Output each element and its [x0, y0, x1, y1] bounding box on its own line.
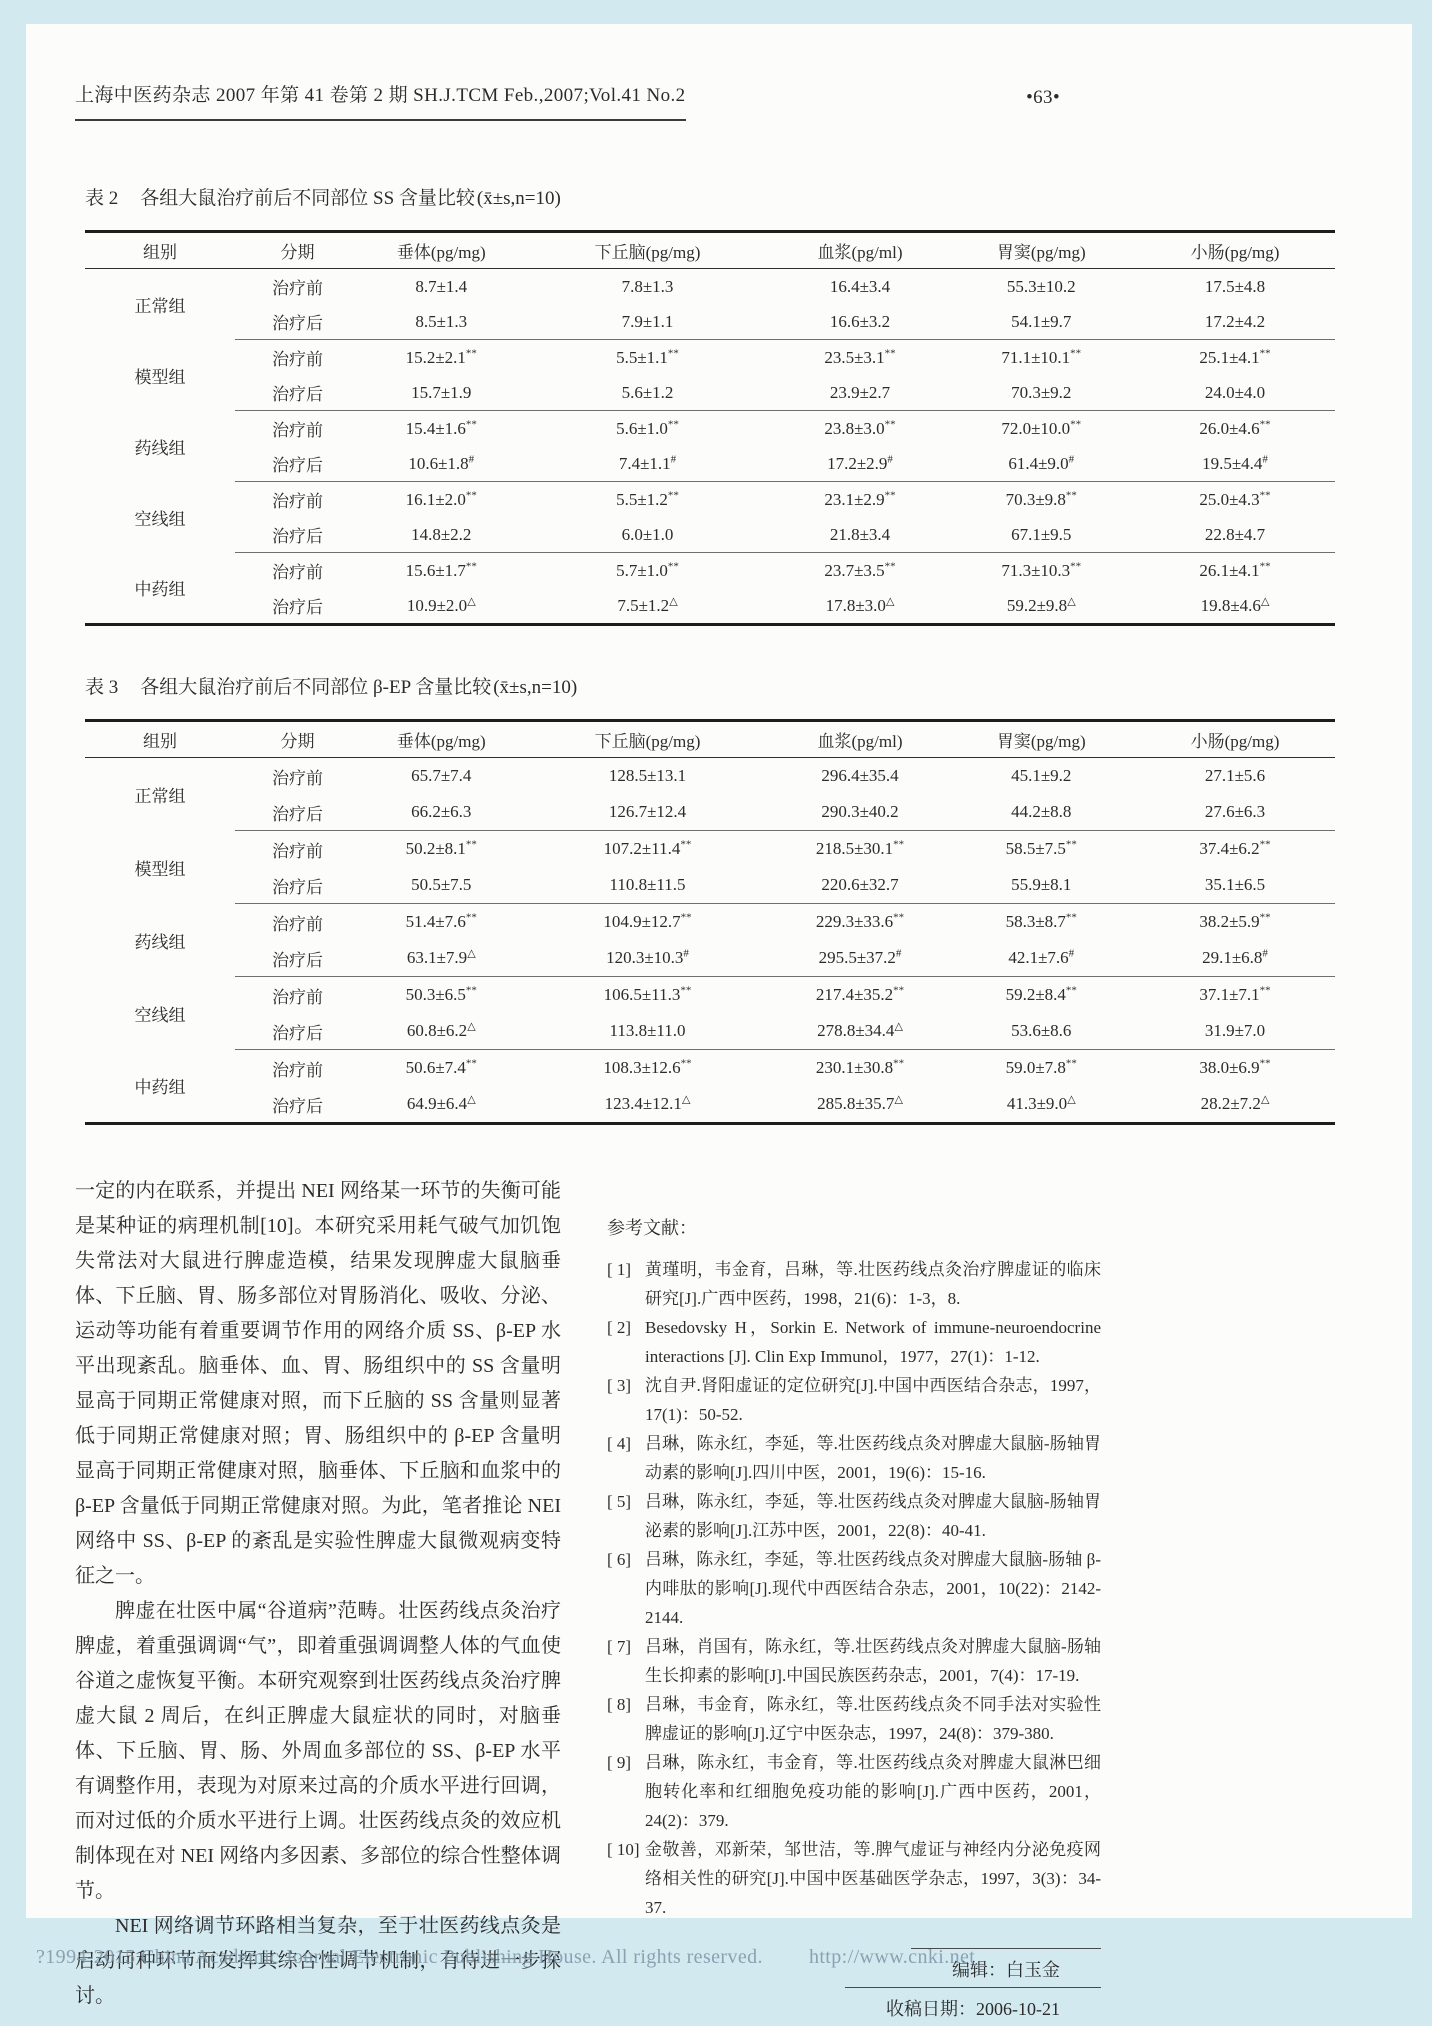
significance-mark: △	[467, 947, 475, 959]
significance-mark: △	[682, 1093, 690, 1105]
significance-mark: △	[669, 595, 677, 607]
value-cell: 72.0±10.0**	[948, 411, 1136, 447]
column-header: 小肠(pg/mg)	[1135, 232, 1335, 269]
value-cell: 5.6±1.0**	[523, 411, 773, 447]
value-cell: 295.5±37.2#	[773, 940, 948, 977]
phase-cell: 治疗后	[235, 446, 360, 482]
group-name-cell: 正常组	[85, 269, 235, 340]
phase-cell: 治疗后	[235, 794, 360, 831]
table-row: 药线组治疗前15.4±1.6**5.6±1.0**23.8±3.0**72.0±…	[85, 411, 1335, 447]
significance-mark: **	[466, 1057, 477, 1069]
group-name-cell: 模型组	[85, 831, 235, 904]
value-cell: 37.1±7.1**	[1135, 977, 1335, 1014]
column-header: 垂体(pg/mg)	[360, 232, 523, 269]
value-cell: 230.1±30.8**	[773, 1050, 948, 1087]
reference-label: [ 4]	[607, 1429, 631, 1458]
reference-label: [ 10]	[607, 1835, 640, 1864]
significance-mark: **	[1260, 489, 1271, 501]
reference-item: [ 3]沈自尹.肾阳虚证的定位研究[J].中国中西医结合杂志，1997，17(1…	[607, 1371, 1101, 1429]
value-cell: 15.2±2.1**	[360, 340, 523, 376]
phase-cell: 治疗前	[235, 1050, 360, 1087]
value-cell: 23.1±2.9**	[773, 482, 948, 518]
table-row: 正常组治疗前65.7±7.4128.5±13.1296.4±35.445.1±9…	[85, 758, 1335, 795]
significance-mark: △	[1261, 595, 1269, 607]
references-column: 参考文献： [ 1]黄瑾明，韦金育，吕琳，等.壮医药线点灸治疗脾虚证的临床研究[…	[607, 1168, 1101, 2026]
reference-label: [ 7]	[607, 1632, 631, 1661]
value-cell: 23.7±3.5**	[773, 553, 948, 589]
cnki-watermark: ?1994-2015 China Academic Journal Electr…	[36, 1946, 975, 1969]
reference-text: 吕琳，陈永红，李延，等.壮医药线点灸对脾虚大鼠脑-肠轴 β-内啡肽的影响[J].…	[645, 1550, 1101, 1627]
value-cell: 113.8±11.0	[523, 1013, 773, 1050]
reference-item: [ 7]吕琳，肖国有，陈永红，等.壮医药线点灸对脾虚大鼠脑-肠轴生长抑素的影响[…	[607, 1632, 1101, 1690]
phase-cell: 治疗前	[235, 831, 360, 868]
significance-mark: #	[1262, 453, 1268, 465]
value-cell: 71.3±10.3**	[948, 553, 1136, 589]
references-heading: 参考文献：	[607, 1214, 1101, 1243]
significance-mark: **	[893, 911, 904, 923]
value-cell: 55.3±10.2	[948, 269, 1136, 305]
significance-mark: **	[885, 560, 896, 572]
value-cell: 58.5±7.5**	[948, 831, 1136, 868]
value-cell: 19.8±4.6△	[1135, 588, 1335, 625]
phase-cell: 治疗后	[235, 375, 360, 411]
table-body: 正常组治疗前65.7±7.4128.5±13.1296.4±35.445.1±9…	[85, 758, 1335, 1124]
table2: 组别分期垂体(pg/mg)下丘脑(pg/mg)血浆(pg/ml)胃窦(pg/mg…	[85, 230, 1335, 626]
reference-item: [ 5]吕琳，陈永红，李延，等.壮医药线点灸对脾虚大鼠脑-肠轴胃泌素的影响[J]…	[607, 1487, 1101, 1545]
group-name-cell: 中药组	[85, 1050, 235, 1124]
table-row: 治疗后64.9±6.4△123.4±12.1△285.8±35.7△41.3±9…	[85, 1086, 1335, 1124]
value-cell: 17.2±2.9#	[773, 446, 948, 482]
table3-label: 表 3	[85, 677, 118, 698]
table-row: 治疗后50.5±7.5110.8±11.5220.6±32.755.9±8.13…	[85, 867, 1335, 904]
table3-note: (x̄±s,n=10)	[493, 677, 577, 698]
value-cell: 17.5±4.8	[1135, 269, 1335, 305]
value-cell: 50.2±8.1**	[360, 831, 523, 868]
significance-mark: **	[885, 347, 896, 359]
value-cell: 21.8±3.4	[773, 517, 948, 553]
discussion-column: 一定的内在联系，并提出 NEI 网络某一环节的失衡可能是某种证的病理机制[10]…	[75, 1168, 561, 2026]
significance-mark: **	[681, 911, 692, 923]
reference-label: [ 8]	[607, 1690, 631, 1719]
value-cell: 27.1±5.6	[1135, 758, 1335, 795]
table-head: 组别分期垂体(pg/mg)下丘脑(pg/mg)血浆(pg/ml)胃窦(pg/mg…	[85, 721, 1335, 758]
table-row: 治疗后66.2±6.3126.7±12.4290.3±40.244.2±8.82…	[85, 794, 1335, 831]
value-cell: 37.4±6.2**	[1135, 831, 1335, 868]
table-row: 模型组治疗前15.2±2.1**5.5±1.1**23.5±3.1**71.1±…	[85, 340, 1335, 376]
value-cell: 285.8±35.7△	[773, 1086, 948, 1124]
column-header: 分期	[235, 232, 360, 269]
value-cell: 59.2±9.8△	[948, 588, 1136, 625]
value-cell: 5.5±1.2**	[523, 482, 773, 518]
value-cell: 15.6±1.7**	[360, 553, 523, 589]
reference-item: [ 9]吕琳，陈永红，韦金育，等.壮医药线点灸对脾虚大鼠淋巴细胞转化率和红细胞免…	[607, 1748, 1101, 1835]
value-cell: 64.9±6.4△	[360, 1086, 523, 1124]
value-cell: 70.3±9.2	[948, 375, 1136, 411]
body-paragraph: 一定的内在联系，并提出 NEI 网络某一环节的失衡可能是某种证的病理机制[10]…	[75, 1174, 561, 1594]
group-name-cell: 药线组	[85, 904, 235, 977]
significance-mark: #	[887, 453, 893, 465]
reference-text: 黄瑾明，韦金育，吕琳，等.壮医药线点灸治疗脾虚证的临床研究[J].广西中医药，1…	[645, 1260, 1101, 1308]
reference-item: [ 4]吕琳，陈永红，李延，等.壮医药线点灸对脾虚大鼠脑-肠轴胃动素的影响[J]…	[607, 1429, 1101, 1487]
value-cell: 5.7±1.0**	[523, 553, 773, 589]
significance-mark: **	[1260, 911, 1271, 923]
value-cell: 50.5±7.5	[360, 867, 523, 904]
reference-item: [ 8]吕琳，韦金育，陈永红，等.壮医药线点灸不同手法对实验性脾虚证的影响[J]…	[607, 1690, 1101, 1748]
page-number: •63•	[1026, 87, 1060, 121]
table-row: 治疗后14.8±2.26.0±1.021.8±3.467.1±9.522.8±4…	[85, 517, 1335, 553]
table-row: 中药组治疗前50.6±7.4**108.3±12.6**230.1±30.8**…	[85, 1050, 1335, 1087]
reference-text: 吕琳，韦金育，陈永红，等.壮医药线点灸不同手法对实验性脾虚证的影响[J].辽宁中…	[645, 1695, 1101, 1743]
value-cell: 123.4±12.1△	[523, 1086, 773, 1124]
value-cell: 220.6±32.7	[773, 867, 948, 904]
value-cell: 50.3±6.5**	[360, 977, 523, 1014]
reference-label: [ 3]	[607, 1371, 631, 1400]
value-cell: 14.8±2.2	[360, 517, 523, 553]
value-cell: 16.4±3.4	[773, 269, 948, 305]
column-header: 组别	[85, 232, 235, 269]
copyright-text: ?1994-2015 China Academic Journal Electr…	[36, 1946, 763, 1969]
value-cell: 5.6±1.2	[523, 375, 773, 411]
significance-mark: **	[668, 489, 679, 501]
significance-mark: #	[1069, 947, 1075, 959]
phase-cell: 治疗后	[235, 1086, 360, 1124]
group-name-cell: 空线组	[85, 977, 235, 1050]
value-cell: 16.6±3.2	[773, 304, 948, 340]
significance-mark: △	[1261, 1093, 1269, 1105]
value-cell: 65.7±7.4	[360, 758, 523, 795]
significance-mark: **	[668, 560, 679, 572]
significance-mark: **	[1260, 347, 1271, 359]
phase-cell: 治疗前	[235, 269, 360, 305]
significance-mark: **	[681, 1057, 692, 1069]
phase-cell: 治疗前	[235, 977, 360, 1014]
phase-cell: 治疗前	[235, 553, 360, 589]
reference-item: [ 6]吕琳，陈永红，李延，等.壮医药线点灸对脾虚大鼠脑-肠轴 β-内啡肽的影响…	[607, 1545, 1101, 1632]
value-cell: 53.6±8.6	[948, 1013, 1136, 1050]
page: 上海中医药杂志 2007 年第 41 卷第 2 期 SH.J.TCM Feb.,…	[26, 24, 1412, 1918]
value-cell: 26.0±4.6**	[1135, 411, 1335, 447]
received-date-line: 收稿日期：2006-10-21	[845, 1987, 1101, 2026]
value-cell: 28.2±7.2△	[1135, 1086, 1335, 1124]
reference-label: [ 6]	[607, 1545, 631, 1574]
value-cell: 54.1±9.7	[948, 304, 1136, 340]
value-cell: 10.6±1.8#	[360, 446, 523, 482]
table2-title: 表 2各组大鼠治疗前后不同部位 SS 含量比较(x̄±s,n=10)	[85, 183, 1412, 210]
significance-mark: **	[680, 838, 691, 850]
value-cell: 26.1±4.1**	[1135, 553, 1335, 589]
significance-mark: #	[1069, 453, 1075, 465]
significance-mark: **	[1260, 418, 1271, 430]
phase-cell: 治疗后	[235, 867, 360, 904]
phase-cell: 治疗前	[235, 758, 360, 795]
significance-mark: **	[1066, 911, 1077, 923]
value-cell: 58.3±8.7**	[948, 904, 1136, 941]
value-cell: 296.4±35.4	[773, 758, 948, 795]
value-cell: 27.6±6.3	[1135, 794, 1335, 831]
significance-mark: △	[1067, 1093, 1075, 1105]
value-cell: 278.8±34.4△	[773, 1013, 948, 1050]
significance-mark: △	[886, 595, 894, 607]
header-row: 组别分期垂体(pg/mg)下丘脑(pg/mg)血浆(pg/ml)胃窦(pg/mg…	[85, 232, 1335, 269]
significance-mark: **	[680, 984, 691, 996]
phase-cell: 治疗后	[235, 588, 360, 625]
reference-item: [ 2]Besedovsky H，Sorkin E. Network of im…	[607, 1313, 1101, 1371]
scanned-journal-page: { "header": { "journal_line": "上海中医药杂志 2…	[0, 0, 1432, 1999]
value-cell: 106.5±11.3**	[523, 977, 773, 1014]
value-cell: 38.2±5.9**	[1135, 904, 1335, 941]
reference-label: [ 2]	[607, 1313, 631, 1342]
page-header: 上海中医药杂志 2007 年第 41 卷第 2 期 SH.J.TCM Feb.,…	[75, 80, 1060, 121]
value-cell: 55.9±8.1	[948, 867, 1136, 904]
reference-item: [ 1]黄瑾明，韦金育，吕琳，等.壮医药线点灸治疗脾虚证的临床研究[J].广西中…	[607, 1255, 1101, 1313]
column-header: 下丘脑(pg/mg)	[523, 232, 773, 269]
value-cell: 128.5±13.1	[523, 758, 773, 795]
table3-title: 表 3各组大鼠治疗前后不同部位 β-EP 含量比较(x̄±s,n=10)	[85, 672, 1412, 699]
significance-mark: **	[1260, 560, 1271, 572]
value-cell: 6.0±1.0	[523, 517, 773, 553]
table-head: 组别分期垂体(pg/mg)下丘脑(pg/mg)血浆(pg/ml)胃窦(pg/mg…	[85, 232, 1335, 269]
journal-title-line: 上海中医药杂志 2007 年第 41 卷第 2 期 SH.J.TCM Feb.,…	[75, 80, 686, 121]
cnki-url: http://www.cnki.net	[809, 1946, 975, 1969]
significance-mark: **	[1260, 1057, 1271, 1069]
value-cell: 10.9±2.0△	[360, 588, 523, 625]
group-name-cell: 药线组	[85, 411, 235, 482]
significance-mark: **	[885, 418, 896, 430]
value-cell: 23.9±2.7	[773, 375, 948, 411]
significance-mark: **	[668, 347, 679, 359]
significance-mark: **	[466, 489, 477, 501]
reference-text: 吕琳，陈永红，李延，等.壮医药线点灸对脾虚大鼠脑-肠轴胃动素的影响[J].四川中…	[645, 1434, 1101, 1482]
significance-mark: △	[1067, 595, 1075, 607]
significance-mark: △	[467, 595, 475, 607]
table-row: 空线组治疗前16.1±2.0**5.5±1.2**23.1±2.9**70.3±…	[85, 482, 1335, 518]
significance-mark: **	[466, 911, 477, 923]
table-row: 中药组治疗前15.6±1.7**5.7±1.0**23.7±3.5**71.3±…	[85, 553, 1335, 589]
group-name-cell: 中药组	[85, 553, 235, 625]
references-list: [ 1]黄瑾明，韦金育，吕琳，等.壮医药线点灸治疗脾虚证的临床研究[J].广西中…	[607, 1255, 1101, 1922]
reference-text: 沈自尹.肾阳虚证的定位研究[J].中国中西医结合杂志，1997，17(1)：50…	[645, 1376, 1101, 1424]
value-cell: 45.1±9.2	[948, 758, 1136, 795]
significance-mark: △	[467, 1093, 475, 1105]
value-cell: 7.9±1.1	[523, 304, 773, 340]
significance-mark: **	[1070, 560, 1081, 572]
value-cell: 67.1±9.5	[948, 517, 1136, 553]
table-row: 治疗后10.9±2.0△7.5±1.2△17.8±3.0△59.2±9.8△19…	[85, 588, 1335, 625]
significance-mark: △	[894, 1020, 902, 1032]
table-row: 正常组治疗前8.7±1.47.8±1.316.4±3.455.3±10.217.…	[85, 269, 1335, 305]
table-row: 治疗后8.5±1.37.9±1.116.6±3.254.1±9.717.2±4.…	[85, 304, 1335, 340]
reference-text: 吕琳，陈永红，韦金育，等.壮医药线点灸对脾虚大鼠淋巴细胞转化率和红细胞免疫功能的…	[645, 1753, 1101, 1830]
significance-mark: **	[885, 489, 896, 501]
significance-mark: **	[1260, 984, 1271, 996]
column-header: 胃窦(pg/mg)	[948, 721, 1136, 758]
significance-mark: #	[683, 947, 689, 959]
value-cell: 17.8±3.0△	[773, 588, 948, 625]
value-cell: 61.4±9.0#	[948, 446, 1136, 482]
value-cell: 50.6±7.4**	[360, 1050, 523, 1087]
value-cell: 218.5±30.1**	[773, 831, 948, 868]
phase-cell: 治疗前	[235, 411, 360, 447]
value-cell: 7.5±1.2△	[523, 588, 773, 625]
value-cell: 35.1±6.5	[1135, 867, 1335, 904]
significance-mark: **	[466, 838, 477, 850]
value-cell: 15.7±1.9	[360, 375, 523, 411]
table-row: 治疗后10.6±1.8#7.4±1.1#17.2±2.9#61.4±9.0#19…	[85, 446, 1335, 482]
value-cell: 59.2±8.4**	[948, 977, 1136, 1014]
table-row: 空线组治疗前50.3±6.5**106.5±11.3**217.4±35.2**…	[85, 977, 1335, 1014]
value-cell: 71.1±10.1**	[948, 340, 1136, 376]
reference-text: 吕琳，陈永红，李延，等.壮医药线点灸对脾虚大鼠脑-肠轴胃泌素的影响[J].江苏中…	[645, 1492, 1101, 1540]
table-row: 药线组治疗前51.4±7.6**104.9±12.7**229.3±33.6**…	[85, 904, 1335, 941]
value-cell: 59.0±7.8**	[948, 1050, 1136, 1087]
value-cell: 24.0±4.0	[1135, 375, 1335, 411]
significance-mark: **	[893, 838, 904, 850]
reference-text: 金敬善，邓新荣，邹世洁，等.脾气虚证与神经内分泌免疫网络相关性的研究[J].中国…	[645, 1840, 1101, 1917]
header-row: 组别分期垂体(pg/mg)下丘脑(pg/mg)血浆(pg/ml)胃窦(pg/mg…	[85, 721, 1335, 758]
table2-note: (x̄±s,n=10)	[477, 188, 561, 209]
value-cell: 120.3±10.3#	[523, 940, 773, 977]
significance-mark: **	[1066, 489, 1077, 501]
value-cell: 31.9±7.0	[1135, 1013, 1335, 1050]
significance-mark: **	[466, 984, 477, 996]
value-cell: 5.5±1.1**	[523, 340, 773, 376]
group-name-cell: 正常组	[85, 758, 235, 831]
value-cell: 25.0±4.3**	[1135, 482, 1335, 518]
value-cell: 17.2±4.2	[1135, 304, 1335, 340]
significance-mark: **	[466, 418, 477, 430]
reference-label: [ 5]	[607, 1487, 631, 1516]
significance-mark: #	[671, 453, 677, 465]
value-cell: 8.5±1.3	[360, 304, 523, 340]
column-header: 分期	[235, 721, 360, 758]
body-paragraph: 脾虚在壮医中属“谷道病”范畴。壮医药线点灸治疗脾虚，着重强调调“气”，即着重强调…	[75, 1594, 561, 1909]
value-cell: 8.7±1.4	[360, 269, 523, 305]
table3-caption: 各组大鼠治疗前后不同部位 β-EP 含量比较	[140, 677, 491, 698]
value-cell: 7.4±1.1#	[523, 446, 773, 482]
value-cell: 22.8±4.7	[1135, 517, 1335, 553]
value-cell: 23.8±3.0**	[773, 411, 948, 447]
significance-mark: #	[469, 453, 475, 465]
column-header: 下丘脑(pg/mg)	[523, 721, 773, 758]
table2-caption: 各组大鼠治疗前后不同部位 SS 含量比较	[140, 188, 475, 209]
value-cell: 229.3±33.6**	[773, 904, 948, 941]
reference-text: Besedovsky H，Sorkin E. Network of immune…	[645, 1318, 1101, 1366]
table-row: 治疗后63.1±7.9△120.3±10.3#295.5±37.2#42.1±7…	[85, 940, 1335, 977]
phase-cell: 治疗后	[235, 940, 360, 977]
phase-cell: 治疗后	[235, 304, 360, 340]
reference-item: [ 10]金敬善，邓新荣，邹世洁，等.脾气虚证与神经内分泌免疫网络相关性的研究[…	[607, 1835, 1101, 1922]
reference-text: 吕琳，肖国有，陈永红，等.壮医药线点灸对脾虚大鼠脑-肠轴生长抑素的影响[J].中…	[645, 1637, 1101, 1685]
significance-mark: **	[1260, 838, 1271, 850]
significance-mark: **	[1070, 347, 1081, 359]
value-cell: 107.2±11.4**	[523, 831, 773, 868]
value-cell: 25.1±4.1**	[1135, 340, 1335, 376]
group-name-cell: 空线组	[85, 482, 235, 553]
value-cell: 16.1±2.0**	[360, 482, 523, 518]
phase-cell: 治疗后	[235, 1013, 360, 1050]
significance-mark: #	[896, 947, 902, 959]
value-cell: 38.0±6.9**	[1135, 1050, 1335, 1087]
table-row: 模型组治疗前50.2±8.1**107.2±11.4**218.5±30.1**…	[85, 831, 1335, 868]
value-cell: 108.3±12.6**	[523, 1050, 773, 1087]
column-header: 小肠(pg/mg)	[1135, 721, 1335, 758]
value-cell: 217.4±35.2**	[773, 977, 948, 1014]
significance-mark: **	[1066, 984, 1077, 996]
value-cell: 51.4±7.6**	[360, 904, 523, 941]
value-cell: 60.8±6.2△	[360, 1013, 523, 1050]
phase-cell: 治疗前	[235, 904, 360, 941]
significance-mark: #	[1262, 947, 1268, 959]
value-cell: 110.8±11.5	[523, 867, 773, 904]
significance-mark: **	[466, 560, 477, 572]
significance-mark: **	[1066, 838, 1077, 850]
significance-mark: **	[893, 984, 904, 996]
table-row: 治疗后15.7±1.95.6±1.223.9±2.770.3±9.224.0±4…	[85, 375, 1335, 411]
table2-label: 表 2	[85, 188, 118, 209]
table-row: 治疗后60.8±6.2△113.8±11.0278.8±34.4△53.6±8.…	[85, 1013, 1335, 1050]
value-cell: 15.4±1.6**	[360, 411, 523, 447]
phase-cell: 治疗后	[235, 517, 360, 553]
significance-mark: **	[893, 1057, 904, 1069]
table3: 组别分期垂体(pg/mg)下丘脑(pg/mg)血浆(pg/ml)胃窦(pg/mg…	[85, 719, 1335, 1125]
significance-mark: △	[894, 1093, 902, 1105]
value-cell: 41.3±9.0△	[948, 1086, 1136, 1124]
phase-cell: 治疗前	[235, 482, 360, 518]
significance-mark: **	[1066, 1057, 1077, 1069]
value-cell: 70.3±9.8**	[948, 482, 1136, 518]
value-cell: 63.1±7.9△	[360, 940, 523, 977]
reference-label: [ 9]	[607, 1748, 631, 1777]
value-cell: 19.5±4.4#	[1135, 446, 1335, 482]
column-header: 垂体(pg/mg)	[360, 721, 523, 758]
value-cell: 126.7±12.4	[523, 794, 773, 831]
value-cell: 29.1±6.8#	[1135, 940, 1335, 977]
group-name-cell: 模型组	[85, 340, 235, 411]
value-cell: 290.3±40.2	[773, 794, 948, 831]
significance-mark: △	[467, 1020, 475, 1032]
column-header: 胃窦(pg/mg)	[948, 232, 1136, 269]
two-column-text: 一定的内在联系，并提出 NEI 网络某一环节的失衡可能是某种证的病理机制[10]…	[75, 1168, 1105, 2026]
phase-cell: 治疗前	[235, 340, 360, 376]
value-cell: 66.2±6.3	[360, 794, 523, 831]
value-cell: 44.2±8.8	[948, 794, 1136, 831]
table-body: 正常组治疗前8.7±1.47.8±1.316.4±3.455.3±10.217.…	[85, 269, 1335, 625]
reference-label: [ 1]	[607, 1255, 631, 1284]
column-header: 血浆(pg/ml)	[773, 721, 948, 758]
significance-mark: **	[466, 347, 477, 359]
value-cell: 23.5±3.1**	[773, 340, 948, 376]
column-header: 组别	[85, 721, 235, 758]
significance-mark: **	[1070, 418, 1081, 430]
value-cell: 104.9±12.7**	[523, 904, 773, 941]
value-cell: 7.8±1.3	[523, 269, 773, 305]
value-cell: 42.1±7.6#	[948, 940, 1136, 977]
significance-mark: **	[668, 418, 679, 430]
column-header: 血浆(pg/ml)	[773, 232, 948, 269]
